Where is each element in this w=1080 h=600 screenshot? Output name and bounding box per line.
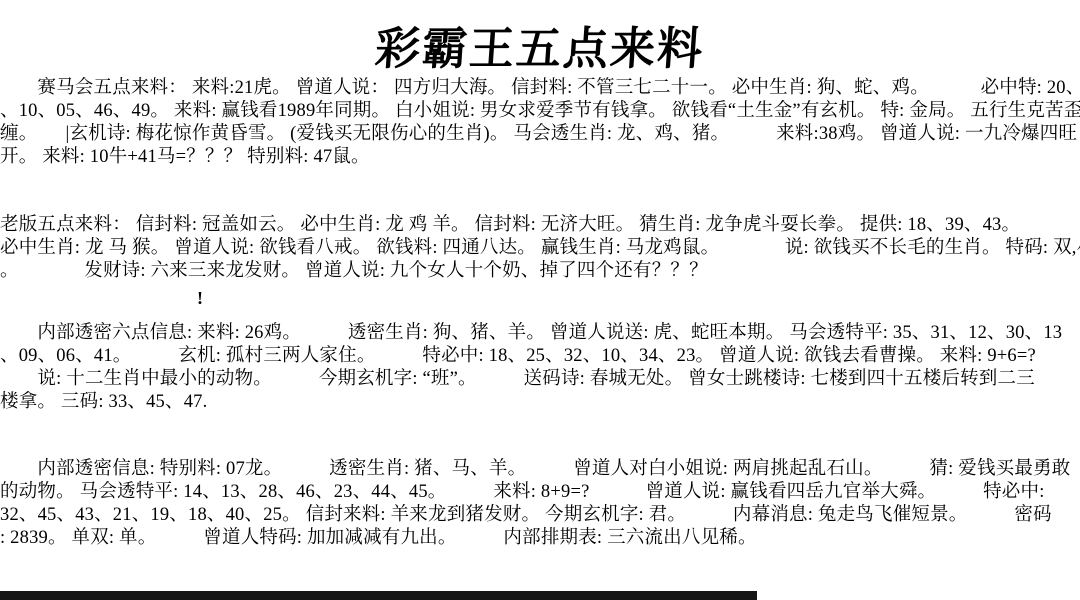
text-line: 。 发财诗: 六来三来龙发财。 曾道人说: 九个女人十个奶、掉了四个还有？？？ [0,260,1080,283]
text-line: 、09、06、41。 玄机: 孤村三两人家住。 特必中: 18、25、32、10… [0,345,1080,368]
section-laoban-wudian-lailiao: 老版五点来料： 信封料: 冠盖如云。 必中生肖: 龙 鸡 羊。 信封料: 无济大… [0,214,1080,283]
text-line: 缠。 |玄机诗: 梅花惊作黄昏雪。 (爱钱买无限伤心的生肖)。 马会透生肖: 龙… [0,123,1080,146]
text-line: 32、45、43、21、19、18、40、25。 信封来料: 羊来龙到猪发财。 … [0,504,1080,527]
bottom-edge-bar [0,591,757,600]
section-neibu-toumi-liudian-xinxi: 内部透密六点信息: 来料: 26鸡。 透密生肖: 狗、猪、羊。 曾道人说送: 虎… [0,322,1080,414]
document-page: 彩霸王五点来料 赛马会五点来料： 来料:21虎。 曾道人说： 四方归大海。 信封… [0,0,1080,600]
stray-exclamation-mark: ! [197,288,203,309]
section-neibu-toumi-xinxi: 内部透密信息: 特别料: 07龙。 透密生肖: 猪、马、羊。 曾道人对白小姐说:… [0,458,1080,550]
text-line: 的动物。 马会透特平: 14、13、28、46、23、44、45。 来料: 8+… [0,481,1080,504]
text-line: 内部透密六点信息: 来料: 26鸡。 透密生肖: 狗、猪、羊。 曾道人说送: 虎… [0,322,1080,345]
text-line: 必中生肖: 龙 马 猴。 曾道人说: 欲钱看八戒。 欲钱料: 四通八达。 赢钱生… [0,237,1080,260]
text-line: 老版五点来料： 信封料: 冠盖如云。 必中生肖: 龙 鸡 羊。 信封料: 无济大… [0,214,1080,237]
text-line: 赛马会五点来料： 来料:21虎。 曾道人说： 四方归大海。 信封料: 不管三七二… [0,77,1080,100]
section-saimahui-wudian-lailiao: 赛马会五点来料： 来料:21虎。 曾道人说： 四方归大海。 信封料: 不管三七二… [0,77,1080,169]
text-line: : 2839。 单双: 单。 曾道人特码: 加加减减有九出。 内部排期表: 三六… [0,527,1080,550]
text-line: 开。 来料: 10牛+41马=？？？ 特别料: 47鼠。 [0,146,1080,169]
text-line: 说: 十二生肖中最小的动物。 今期玄机字: “班”。 送码诗: 春城无处。 曾女… [0,368,1080,391]
text-line: 楼拿。 三码: 33、45、47. [0,391,1080,414]
page-title: 彩霸王五点来料 [0,12,1080,77]
text-line: 、10、05、46、49。 来料: 赢钱看1989年同期。 白小姐说: 男女求爱… [0,100,1080,123]
text-line: 内部透密信息: 特别料: 07龙。 透密生肖: 猪、马、羊。 曾道人对白小姐说:… [0,458,1080,481]
